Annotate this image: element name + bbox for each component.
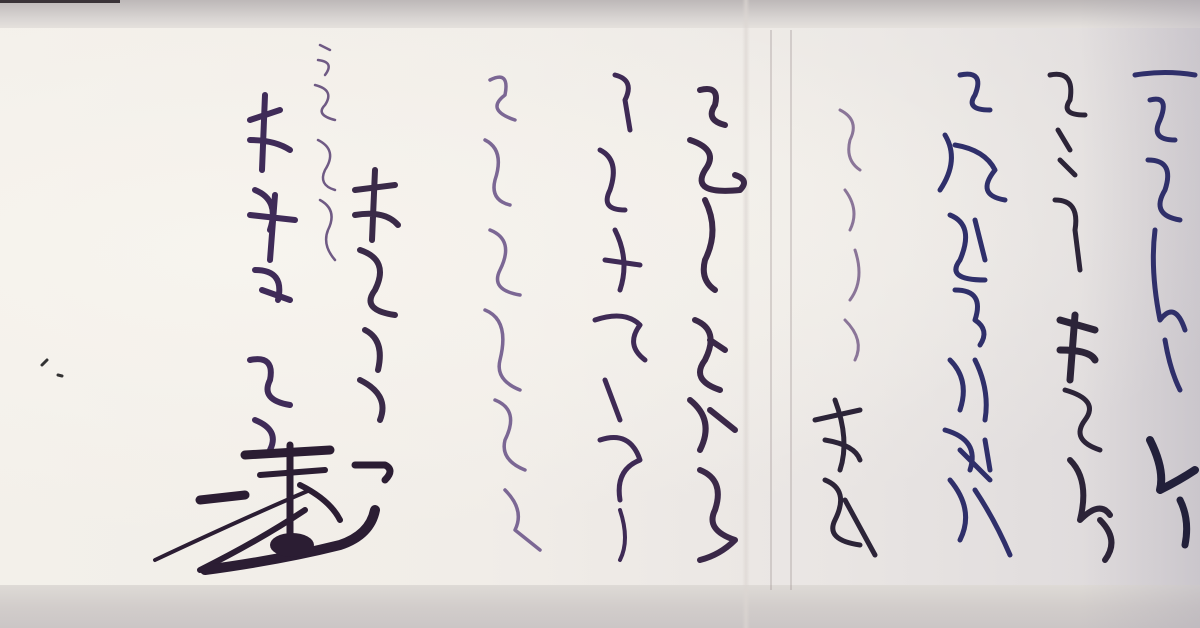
column-far-right: [1135, 73, 1195, 546]
column-center: [595, 75, 645, 560]
kao-signature: [155, 445, 390, 570]
column-center-right: [690, 89, 744, 560]
column-center-left-faint: [485, 77, 540, 550]
stray-ink-marks: [42, 360, 62, 376]
column-right-4-dark-bottom: [815, 400, 875, 555]
column-right-3: [940, 74, 1010, 555]
column-right-2: [1050, 74, 1111, 560]
column-name: [250, 95, 295, 450]
column-date: [315, 45, 335, 260]
column-signature: [355, 170, 398, 420]
calligraphy-ink: [0, 0, 1200, 628]
document-photo: Vertical columns of brush-written cursiv…: [0, 0, 1200, 628]
column-right-4-faint: [840, 110, 860, 360]
